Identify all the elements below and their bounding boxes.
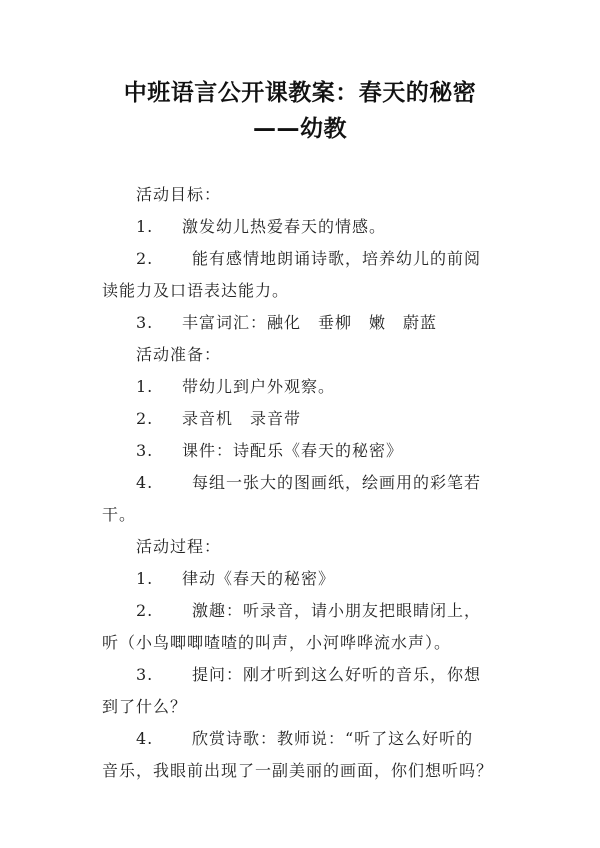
list-item: 2.激趣：听录音，请小朋友把眼睛闭上，	[136, 598, 481, 621]
list-item: 3.课件：诗配乐《春天的秘密》	[136, 438, 403, 461]
list-item-continuation: 听（小鸟唧唧喳喳的叫声，小河哗哗流水声）。	[102, 630, 451, 653]
section-heading-preparation: 活动准备：	[136, 342, 221, 365]
list-item: 3.丰富词汇：融化 垂柳 嫩 蔚蓝	[136, 310, 437, 333]
list-item: 3.提问：刚才听到这么好听的音乐，你想	[136, 662, 481, 685]
section-heading-process: 活动过程：	[136, 534, 221, 557]
list-item: 1.律动《春天的秘密》	[136, 566, 335, 589]
list-item: 4.每组一张大的图画纸，绘画用的彩笔若	[136, 470, 481, 493]
list-item-continuation: 到了什么？	[102, 694, 187, 717]
list-item-continuation: 干。	[102, 502, 136, 525]
document-title-line1: 中班语言公开课教案：春天的秘密	[0, 74, 600, 107]
list-item: 2.能有感情地朗诵诗歌，培养幼儿的前阅	[136, 246, 481, 269]
list-item: 2.录音机 录音带	[136, 406, 301, 429]
document-title-line2: ——幼教	[0, 110, 600, 143]
list-item: 1.激发幼儿热爱春天的情感。	[136, 214, 386, 237]
list-item: 1.带幼儿到户外观察。	[136, 374, 335, 397]
list-item-continuation: 读能力及口语表达能力。	[102, 278, 289, 301]
section-heading-goals: 活动目标：	[136, 182, 221, 205]
list-item-continuation: 音乐，我眼前出现了一副美丽的画面，你们想听吗？	[102, 758, 493, 781]
list-item: 4.欣赏诗歌：教师说：“听了这么好听的	[136, 726, 473, 749]
